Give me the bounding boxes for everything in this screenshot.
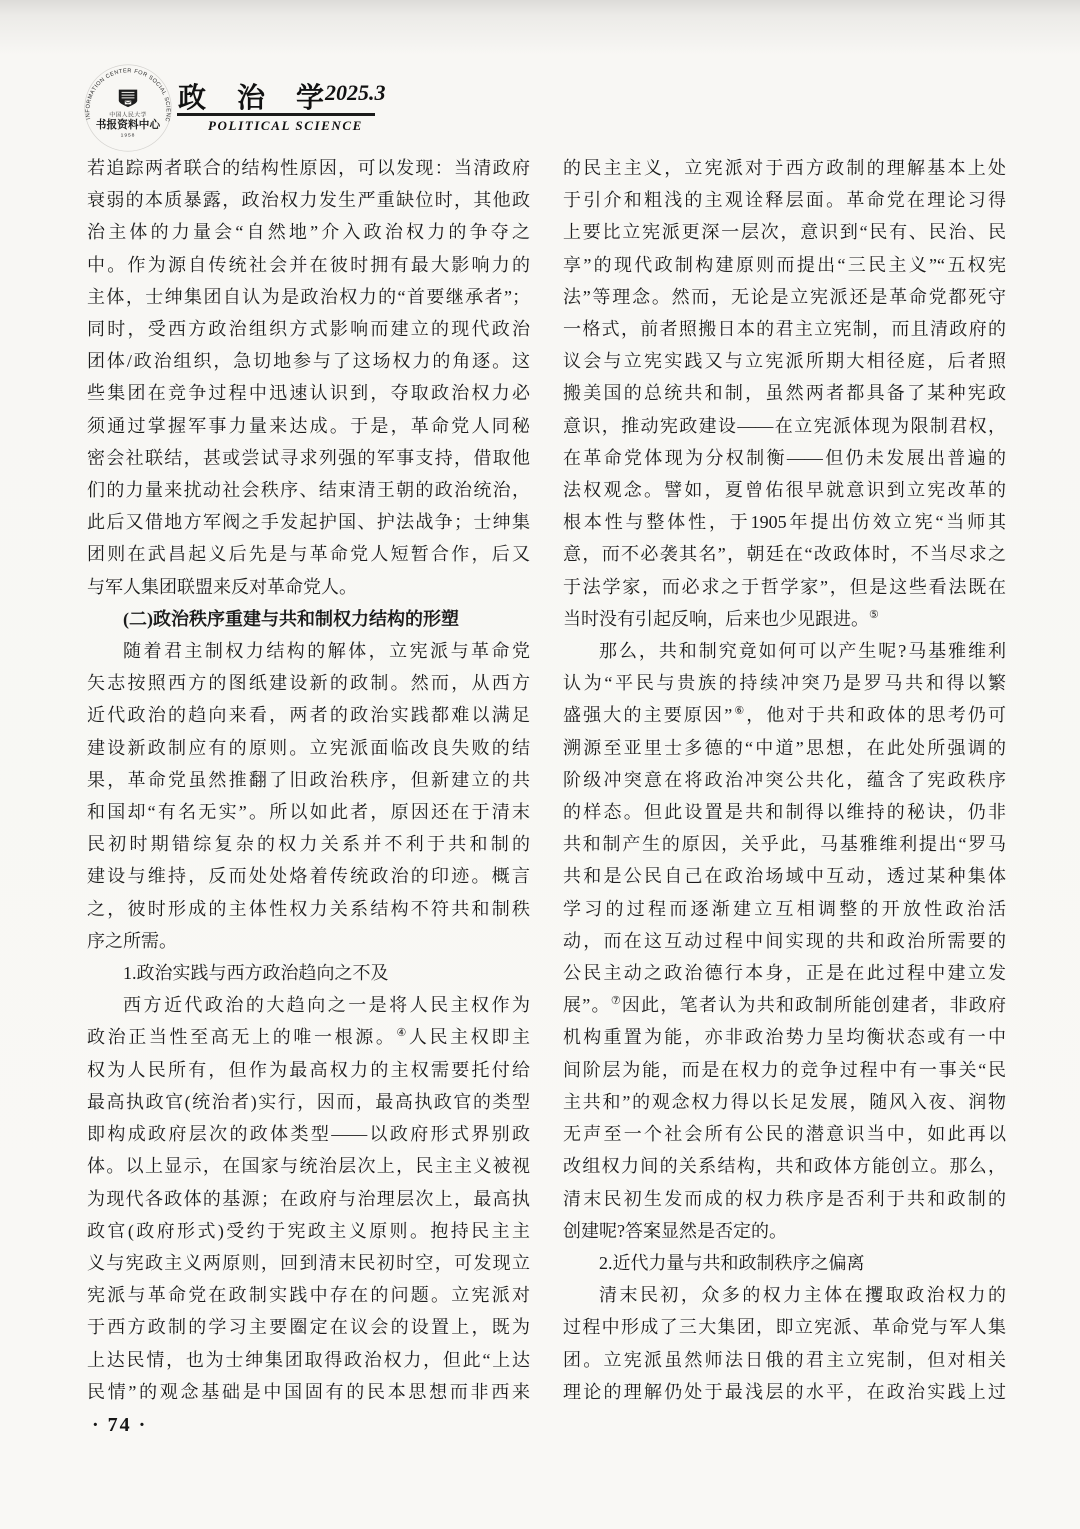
text-line: 公民主动之政治德行本身，正是在此过程中建立发 (563, 957, 1006, 989)
journal-issue: 2025.3 (325, 80, 386, 106)
text-line: 体。以上显示，在国家与统治层次上，民主主义被视 (87, 1150, 530, 1182)
text-line: 清末民初生发而成的权力秩序是否利于共和政制的 (563, 1183, 1006, 1215)
text-line: 于引介和粗浅的主观诠释层面。革命党在理论习得 (563, 184, 1006, 216)
text-line: 宪派与革命党在政制实践中存在的问题。立宪派对 (87, 1279, 530, 1311)
journal-page: INFORMATION CENTER FOR SOCIAL SCIENCES 中… (0, 0, 1080, 1529)
text-line: (二)政治秩序重建与共和制权力结构的形塑 (87, 603, 530, 635)
text-line: 义与宪政主义两原则，回到清末民初时空，可发现立 (87, 1247, 530, 1279)
text-line: 近代政治的趋向来看，两者的政治实践都难以满足 (87, 699, 530, 731)
text-line: 团。立宪派虽然师法日俄的君主立宪制，但对相关 (563, 1344, 1006, 1376)
text-line: 之，彼时形成的主体性权力关系结构不符共和制秩 (87, 893, 530, 925)
text-line: 的样态。但此设置是共和制得以维持的秘诀，仍非 (563, 796, 1006, 828)
text-line: 民初时期错综复杂的权力关系并不利于共和制的 (87, 828, 530, 860)
text-line: 政治正当性至高无上的唯一根源。④人民主权即主 (87, 1021, 530, 1053)
text-line: 共和制产生的原因，关乎此，马基雅维利提出“罗马 (563, 828, 1006, 860)
text-line: 政官(政府形式)受约于宪政主义原则。抱持民主主 (87, 1215, 530, 1247)
article-body: 若追踪两者联合的结构性原因，可以发现：当清政府衰弱的本质暴露，政治权力发生严重缺… (87, 152, 1006, 1408)
text-line: 法权观念。譬如，夏曾佑很早就意识到立宪改革的 (563, 474, 1006, 506)
text-line: 果，革命党虽然推翻了旧政治秩序，但新建立的共 (87, 764, 530, 796)
text-line: 无声至一个社会所有公民的潜意识当中，如此再以 (563, 1118, 1006, 1150)
seal-book-emblem (119, 90, 137, 107)
text-line: 1.政治实践与西方政治趋向之不及 (87, 957, 530, 989)
text-line: 清末民初，众多的权力主体在攫取政治权力的 (563, 1279, 1006, 1311)
seal-org-line2: 书报资料中心 (96, 118, 161, 131)
header-rule (177, 113, 375, 116)
right-column: 的民主主义，立宪派对于西方政制的理解基本上处于引介和粗浅的主观诠释层面。革命党在… (563, 152, 1006, 1408)
text-line: 些集团在竞争过程中迅速认识到，夺取政治权力必 (87, 377, 530, 409)
text-line: 若追踪两者联合的结构性原因，可以发现：当清政府 (87, 152, 530, 184)
text-line: 密会社联结，甚或尝试寻求列强的军事支持，借取他 (87, 442, 530, 474)
text-line: 溯源至亚里士多德的“中道”思想，在此处所强调的 (563, 732, 1006, 764)
text-line: 和国却“有名无实”。所以如此者，原因还在于清末 (87, 796, 530, 828)
text-line: 议会与立宪实践又与立宪派所期大相径庭，后者照 (563, 345, 1006, 377)
text-line: 矢志按照西方的图纸建设新的政制。然而，从西方 (87, 667, 530, 699)
text-line: 盛强大的主要原因”⑥，他对于共和政体的思考仍可 (563, 699, 1006, 731)
journal-title-en: POLITICAL SCIENCE (208, 118, 363, 134)
text-line: 当时没有引起反响，后来也少见跟进。⑤ (563, 603, 1006, 635)
text-line: 认为“平民与贵族的持续冲突乃是罗马共和得以繁 (563, 667, 1006, 699)
page-number: · 74 · (92, 1414, 147, 1437)
text-line: 团体/政治组织，急切地参与了这场权力的角逐。这 (87, 345, 530, 377)
text-line: 为现代各政体的基源；在政府与治理层次上，最高执 (87, 1183, 530, 1215)
text-line: 那么，共和制究竟如何可以产生呢?马基雅维利 (563, 635, 1006, 667)
text-line: 展”。⑦因此，笔者认为共和政制所能创建者，非政府 (563, 989, 1006, 1021)
text-line: 随着君主制权力结构的解体，立宪派与革命党 (87, 635, 530, 667)
text-line: 在革命党体现为分权制衡——但仍未发展出普遍的 (563, 442, 1006, 474)
text-line: 同时，受西方政治组织方式影响而建立的现代政治 (87, 313, 530, 345)
text-line: 享”的现代政制构建原则而提出“三民主义”“五权宪 (563, 249, 1006, 281)
left-column: 若追踪两者联合的结构性原因，可以发现：当清政府衰弱的本质暴露，政治权力发生严重缺… (87, 152, 530, 1408)
text-line: 一格式，前者照搬日本的君主立宪制，而且清政府的 (563, 313, 1006, 345)
text-line: 最高执政官(统治者)实行，因而，最高执政官的类型 (87, 1086, 530, 1118)
text-line: 改组权力间的关系结构，共和政体方能创立。那么， (563, 1150, 1006, 1182)
text-line: 即构成政府层次的政体类型——以政府形式界别政 (87, 1118, 530, 1150)
text-line: 须通过掌握军事力量来达成。于是，革命党人同秘 (87, 410, 530, 442)
footnote-marker: ⑤ (869, 609, 879, 621)
seal-icon: INFORMATION CENTER FOR SOCIAL SCIENCES 中… (82, 60, 174, 156)
text-line: 于法学家，而必求之于哲学家”，但是这些看法既在 (563, 571, 1006, 603)
text-line: 衰弱的本质暴露，政治权力发生严重缺位时，其他政 (87, 184, 530, 216)
footnote-marker: ④ (397, 1027, 409, 1039)
text-line: 根本性与整体性，于1905年提出仿效立宪“当师其 (563, 506, 1006, 538)
text-line: 主体，士绅集团自认为是政治权力的“首要继承者”； (87, 281, 530, 313)
text-line: 共和是公民自己在政治场域中互动，透过某种集体 (563, 860, 1006, 892)
text-line: 西方近代政治的大趋向之一是将人民主权作为 (87, 989, 530, 1021)
text-line: 于西方政制的学习主要圈定在议会的设置上，既为 (87, 1311, 530, 1343)
text-line: 搬美国的总统共和制，虽然两者都具备了某种宪政 (563, 377, 1006, 409)
text-line: 过程中形成了三大集团，即立宪派、革命党与军人集 (563, 1311, 1006, 1343)
text-line: 序之所需。 (87, 925, 530, 957)
text-line: 民情”的观念基础是中国固有的民本思想而非西来 (87, 1376, 530, 1408)
text-line: 阶级冲突意在将政治冲突公共化，蕴含了宪政秩序 (563, 764, 1006, 796)
text-line: 团则在武昌起义后先是与革命党人短暂合作，后又 (87, 538, 530, 570)
journal-title-cn: 政 治 学 (178, 76, 336, 116)
text-line: 2.近代力量与共和政制秩序之偏离 (563, 1247, 1006, 1279)
text-line: 动，而在这互动过程中间实现的共和政治所需要的 (563, 925, 1006, 957)
text-line: 权为人民所有，但作为最高权力的主权需要托付给 (87, 1054, 530, 1086)
text-line: 与军人集团联盟来反对革命党人。 (87, 571, 530, 603)
journal-logo-seal: INFORMATION CENTER FOR SOCIAL SCIENCES 中… (82, 60, 174, 156)
text-line: 理论的理解仍处于最浅层的水平，在政治实践上过 (563, 1376, 1006, 1408)
text-line: 学习的过程而逐渐建立互相调整的开放性政治活 (563, 893, 1006, 925)
text-line: 上要比立宪派更深一层次，意识到“民有、民治、民 (563, 216, 1006, 248)
text-line: 机构重置为能，亦非政治势力呈均衡状态或有一中 (563, 1021, 1006, 1053)
seal-org-line1: 中国人民大学 (109, 111, 146, 119)
text-line: 的民主主义，立宪派对于西方政制的理解基本上处 (563, 152, 1006, 184)
text-line: 们的力量来扰动社会秩序、结束清王朝的政治统治， (87, 474, 530, 506)
text-line: 建设与维持，反而处处烙着传统政治的印迹。概言 (87, 860, 530, 892)
text-line: 治主体的力量会“自然地”介入政治权力的争夺之 (87, 216, 530, 248)
text-line: 中。作为源自传统社会并在彼时拥有最大影响力的 (87, 249, 530, 281)
footnote-marker: ⑥ (732, 705, 746, 717)
text-line: 主共和”的观念权力得以长足发展，随风入夜、润物 (563, 1086, 1006, 1118)
text-line: 创建呢?答案显然是否定的。 (563, 1215, 1006, 1247)
text-line: 法”等理念。然而，无论是立宪派还是革命党都死守 (563, 281, 1006, 313)
text-line: 意识，推动宪政建设——在立宪派体现为限制君权， (563, 410, 1006, 442)
text-line: 上达民情，也为士绅集团取得政治权力，但此“上达 (87, 1344, 530, 1376)
text-line: 建设新政制应有的原则。立宪派面临改良失败的结 (87, 732, 530, 764)
footnote-marker: ⑦ (611, 995, 622, 1007)
text-line: 此后又借地方军阀之手发起护国、护法战争；士绅集 (87, 506, 530, 538)
text-line: 间阶层为能，而是在权力的竞争过程中有一事关“民 (563, 1054, 1006, 1086)
text-line: 意，而不必袭其名”，朝廷在“改政体时，不当尽求之 (563, 538, 1006, 570)
seal-year: 1958 (121, 133, 136, 139)
